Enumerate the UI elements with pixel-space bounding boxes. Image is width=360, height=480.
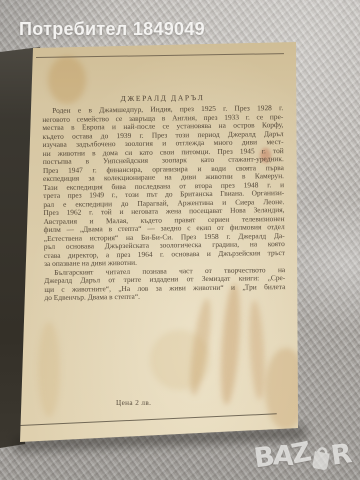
- listing-photo: ДЖЕРАЛД ДАРЪЛ Роден е в Джамшедпур, Инди…: [0, 0, 360, 480]
- bio-line: до Едвенчър. Двама в степта“.: [44, 291, 285, 302]
- price-label: Цена 2 лв.: [116, 399, 151, 407]
- frame-bottom-rule: [19, 413, 277, 426]
- paper-stain: [38, 322, 60, 417]
- paper-stain: [218, 283, 243, 406]
- watermark-letter: R: [329, 438, 352, 471]
- biography-block: ДЖЕРАЛД ДАРЪЛ Роден е в Джамшедпур, Инди…: [42, 92, 286, 302]
- biography-text: Роден е в Джамшедпур, Индия, през 1925 г…: [42, 104, 285, 302]
- seller-username-overlay: Потребител 1849049: [19, 19, 205, 40]
- paper-stain: [150, 330, 210, 390]
- paper-stain: [247, 300, 266, 401]
- bazar-watermark: B A Z R: [254, 438, 351, 472]
- frame-top-rule: [36, 53, 284, 58]
